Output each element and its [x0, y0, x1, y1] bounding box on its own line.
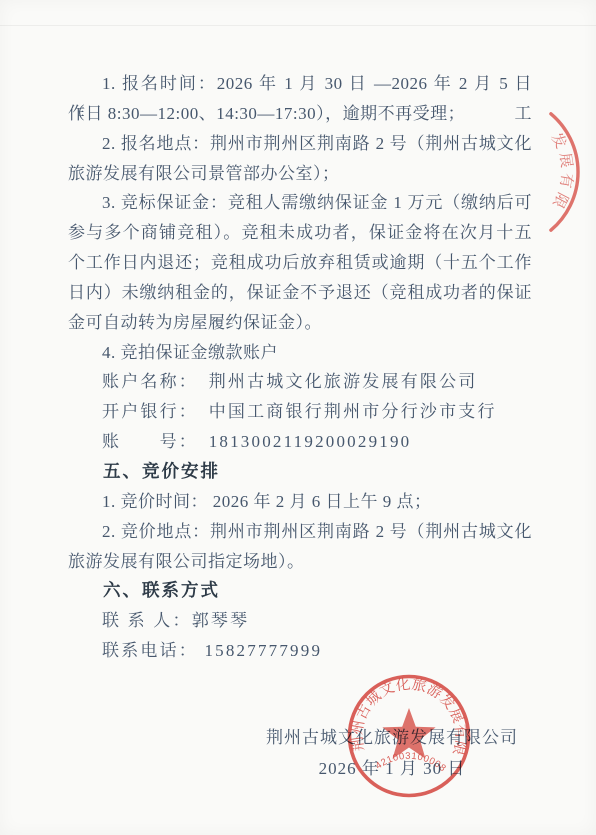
document-line: 4. 竞拍保证金缴款账户 [68, 338, 532, 368]
section-heading: 五、竞价安排 [68, 457, 532, 487]
document-body: 1. 报名时间：2026 年 1 月 30 日 —2026 年 2 月 5 日（… [68, 69, 532, 666]
scan-artifact-line [0, 25, 596, 26]
document-line: 旅游发展有限公司指定场地）。 [68, 547, 532, 577]
document-line: 2. 报名地点：荆州市荆州区荆南路 2 号（荆州古城文化 [68, 129, 532, 159]
document-line: 参与多个商铺竞租）。竞租未成功者，保证金将在次月十五 [68, 218, 532, 248]
document-line: 联系电话： 15827777999 [68, 636, 532, 666]
document-line: 金可自动转为房屋履约保证金）。 [68, 308, 532, 338]
document-line: 账户名称： 荆州古城文化旅游发展有限公司 [68, 367, 532, 397]
document-line: 日内）未缴纳租金的，保证金不予退还（竞租成功者的保证 [68, 278, 532, 308]
document-line: 账 号： 1813002119200029190 [68, 427, 532, 457]
seal-code-holder: 421003100008 [373, 751, 448, 775]
document-line: 个工作日内退还；竞租成功后放弃租赁或逾期（十五个工作 [68, 248, 532, 278]
section-heading: 六、联系方式 [68, 576, 532, 606]
document-line: 作日 8:30—12:00、14:30—17:30），逾期不再受理； [68, 99, 532, 129]
scanned-document-page: 1. 报名时间：2026 年 1 月 30 日 —2026 年 2 月 5 日（… [0, 0, 596, 835]
document-line: 1. 报名时间：2026 年 1 月 30 日 —2026 年 2 月 5 日（… [68, 69, 532, 99]
document-line: 3. 竞标保证金：竞租人需缴纳保证金 1 万元（缴纳后可 [68, 188, 532, 218]
document-line: 联 系 人：郭琴琴 [68, 606, 532, 636]
official-seal: 荆州古城文化旅游发展有限公司 421003100008 [345, 672, 473, 800]
document-line: 2. 竞价地点：荆州市荆州区荆南路 2 号（荆州古城文化 [68, 517, 532, 547]
document-line: 1. 竞价时间： 2026 年 2 月 6 日上午 9 点； [68, 487, 532, 517]
document-line: 开户银行： 中国工商银行荆州市分行沙市支行 [68, 397, 532, 427]
document-line: 旅游发展有限公司景管部办公室）； [68, 159, 532, 189]
seal-code: 421003100008 [373, 751, 448, 775]
partial-seal-arc [551, 114, 578, 230]
partial-seal: 发展有限 [518, 96, 596, 264]
